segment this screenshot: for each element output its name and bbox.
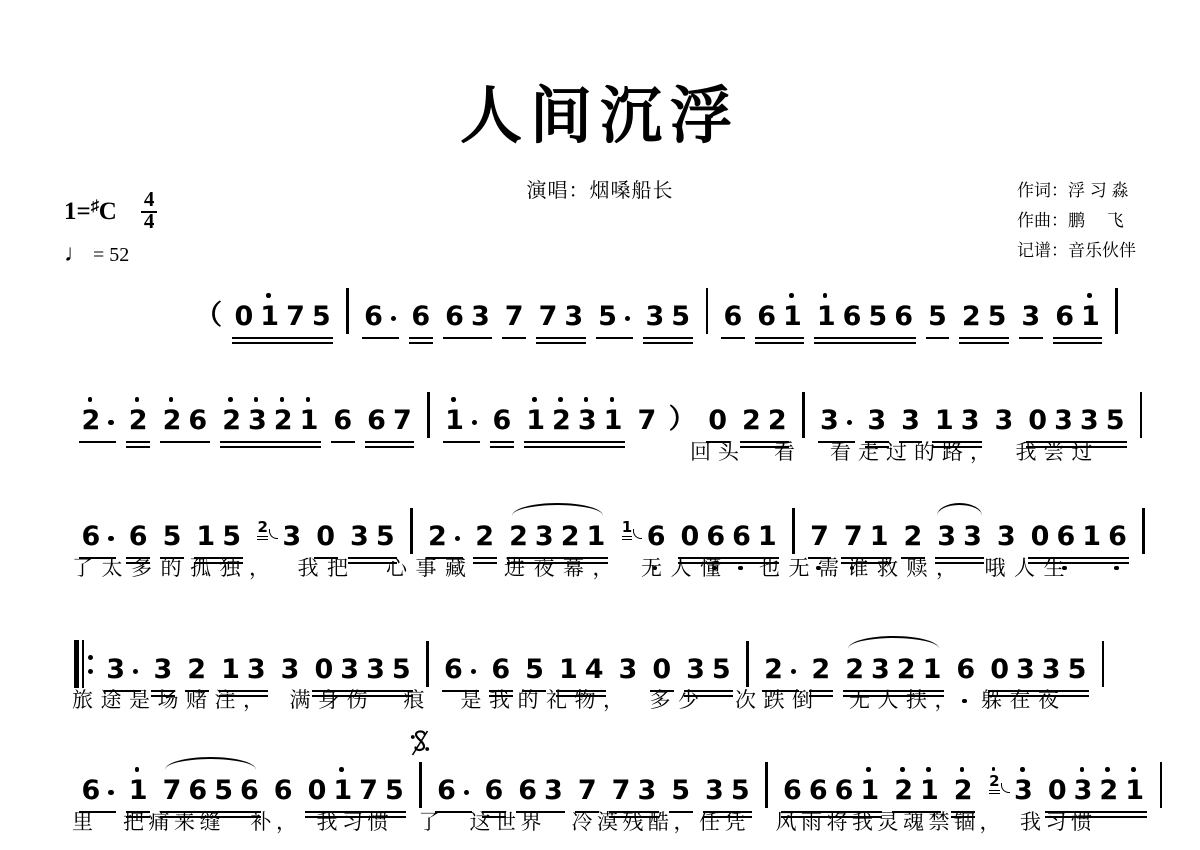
grace-note: 2 (257, 519, 267, 540)
note-group: 6 (488, 653, 514, 687)
note-number: 7 (286, 300, 305, 334)
note-group: 0175 (304, 774, 407, 808)
note-group: 6 (330, 404, 356, 438)
note-number: 7 (393, 404, 412, 438)
beam-underline (348, 557, 398, 559)
tempo-value: = 52 (93, 244, 129, 266)
note: 2 (274, 404, 293, 438)
note-number: 6 (188, 404, 207, 438)
barline (419, 762, 421, 808)
note-group: 6 (953, 653, 979, 687)
beam-underline (489, 690, 513, 692)
beam-underline (1026, 441, 1127, 443)
note-group: 3 (277, 653, 303, 687)
note-number: 3 (637, 774, 656, 808)
beam-underline (684, 690, 734, 692)
beam-underline (409, 342, 433, 344)
note: 3 (686, 653, 705, 687)
note-number: 6 (835, 774, 854, 808)
note: 6 (364, 300, 396, 334)
note: 6 (129, 520, 148, 554)
note: 1 (817, 300, 836, 334)
note-group: 0335 (987, 653, 1090, 687)
octave-dot-above (135, 397, 140, 402)
beam-underline (899, 441, 923, 443)
note-number: 6 (188, 774, 207, 808)
note-group: 0 (649, 653, 675, 687)
augmentation-dot (108, 790, 114, 796)
note: 1 (920, 774, 939, 808)
beam-underline (959, 337, 1009, 339)
note-number: 2 (552, 404, 571, 438)
note: 5 (1106, 404, 1125, 438)
note-number: 0 (314, 653, 333, 687)
note: 7 (810, 520, 829, 554)
note: 3 (867, 404, 886, 438)
beam-underline (609, 811, 659, 813)
note-number: 5 (222, 520, 241, 554)
beam-underline (104, 690, 141, 692)
octave-dot-above (1080, 767, 1085, 772)
note-group: 1 (125, 774, 151, 808)
note: 2 (509, 520, 528, 554)
score-line: （017566637735356611656525361 (62, 288, 1148, 322)
note-number: 3 (961, 404, 980, 438)
note-group: 6 (720, 300, 746, 334)
score: （017566637735356611656525361222623216671… (62, 288, 1148, 834)
beam-underline (536, 342, 586, 344)
note-number: 2 (894, 774, 913, 808)
note: 1 (783, 300, 802, 334)
note-number: 3 (535, 520, 554, 554)
beam-underline (703, 811, 753, 813)
beam-underline (678, 557, 779, 559)
octave-dot-below (712, 566, 717, 571)
beam-underline (524, 446, 625, 448)
note-number: 3 (578, 404, 597, 438)
beam-underline (935, 562, 985, 564)
note: 6 (188, 774, 207, 808)
note: 7 (578, 774, 597, 808)
note: 3 (937, 520, 956, 554)
quarter-note-icon: ♩ (64, 241, 88, 267)
note-number: 5 (1106, 404, 1125, 438)
note: 6 (492, 404, 511, 438)
note: 1 (604, 404, 623, 438)
beam-underline (684, 695, 734, 697)
beam-underline (362, 337, 399, 339)
note-group: 23 (252, 519, 304, 554)
note: 3 (820, 404, 852, 438)
beam-underline (126, 557, 150, 559)
note: 1 (1082, 520, 1101, 554)
note-group: 3 (817, 404, 856, 438)
note-group: 3 (993, 520, 1019, 554)
time-signature-bottom: 4 (141, 209, 158, 233)
lyrics-line: 旅途是场赌注， 满身伤 痕 是我的礼物， 多少 次跌倒 无人扶， 躲在夜 (72, 684, 1148, 712)
note-number: 6 (1056, 520, 1075, 554)
note: 1 (860, 774, 879, 808)
beam-underline (814, 342, 915, 344)
note-group: 5 (595, 300, 634, 334)
note: 6 (647, 520, 666, 554)
note-number: 5 (731, 774, 750, 808)
note-number: 2 (475, 520, 494, 554)
note-group: 33 (934, 520, 986, 554)
segno-icon (409, 728, 431, 763)
equals-sign: = (77, 198, 91, 225)
note: 1 (333, 774, 352, 808)
note-number: 1 (920, 774, 939, 808)
note-number: 6 (411, 300, 430, 334)
beam-underline (490, 446, 514, 448)
note-number: 7 (810, 520, 829, 554)
note-number: 6 (333, 404, 352, 438)
note: 3 (564, 300, 583, 334)
note-group: 6 (441, 653, 480, 687)
note-number: 1 (860, 774, 879, 808)
note-group: 3 (150, 653, 176, 687)
note-group: 3 (898, 404, 924, 438)
note: 6 (411, 300, 430, 334)
note: 6 (783, 774, 802, 808)
note-group: 3 (864, 404, 890, 438)
augmentation-dot (455, 536, 461, 542)
note: 5 (928, 300, 947, 334)
beam-underline (703, 816, 753, 818)
augmentation-dot (108, 536, 114, 542)
note: 0 (308, 774, 327, 808)
note-group: 25 (958, 300, 1010, 334)
note-group: 21 (891, 774, 943, 808)
barline (346, 288, 348, 334)
note-number: 3 (340, 653, 359, 687)
note-number: 5 (928, 300, 947, 334)
note: 3 (366, 653, 385, 687)
grace-note: 2 (989, 773, 999, 794)
note-number: 7 (578, 774, 597, 808)
note: 1 (586, 520, 605, 554)
note-number: 6 (274, 774, 293, 808)
note-group: 2321 (842, 653, 945, 687)
parenthesis: ） (669, 402, 696, 436)
note-group: 1656 (813, 300, 916, 334)
note: 5 (392, 653, 411, 687)
note: 0 (652, 653, 671, 687)
note-number: 1 (300, 404, 319, 438)
note-number: 3 (997, 520, 1016, 554)
beam-underline (650, 690, 674, 692)
note-number: 1 (559, 653, 578, 687)
note: 6 (274, 774, 293, 808)
note-number: 1 (783, 300, 802, 334)
augmentation-dot (847, 420, 853, 426)
note-group: 6 (125, 520, 151, 554)
note: 3 (963, 520, 982, 554)
note: 2 (742, 404, 761, 438)
note-number: 5 (712, 653, 731, 687)
note-number: 1 (622, 519, 632, 540)
beam-underline (502, 337, 526, 339)
note: 3 (1074, 774, 1093, 808)
note-number: 1 (526, 404, 545, 438)
note-number: 6 (491, 653, 510, 687)
beam-underline (814, 337, 915, 339)
note-number: 1 (586, 520, 605, 554)
note: 6 (723, 300, 742, 334)
beam-underline (220, 446, 321, 448)
note: 1 (559, 653, 578, 687)
note-group: 13 (218, 653, 270, 687)
note-number: 3 (867, 404, 886, 438)
octave-dot-above (266, 293, 271, 298)
note-group: 2 (425, 520, 464, 554)
note: 0 (1031, 520, 1050, 554)
note-group: 0335 (311, 653, 414, 687)
note: 1 (923, 653, 942, 687)
note-group: 67 (364, 404, 416, 438)
lyricist-credit: 作词：浮 习 淼 (1017, 176, 1136, 206)
beam-underline (232, 337, 333, 339)
note-number: 3 (820, 404, 839, 438)
note: 1 (260, 300, 279, 334)
note-group: 7 (634, 404, 660, 438)
note: 5 (312, 300, 331, 334)
beam-underline (482, 811, 506, 813)
octave-dot-above (532, 397, 537, 402)
note-number: 3 (645, 300, 664, 334)
octave-dot-below (1114, 566, 1119, 571)
note: 7 (505, 300, 524, 334)
note: 3 (1054, 404, 1073, 438)
octave-dot-above (789, 293, 794, 298)
note-number: 1 (221, 653, 240, 687)
note-number: 3 (350, 520, 369, 554)
note-number: 6 (129, 520, 148, 554)
augmentation-dot (471, 669, 477, 675)
note-number: 3 (248, 404, 267, 438)
note-group: 6 (481, 774, 507, 808)
note: 2 (845, 653, 864, 687)
beam-underline (409, 337, 433, 339)
note: 0 (1028, 404, 1047, 438)
note: 5 (214, 774, 233, 808)
note-number: 5 (385, 774, 404, 808)
note-number: 3 (1042, 653, 1061, 687)
note-number: 3 (901, 404, 920, 438)
grace-note: 1 (622, 519, 632, 540)
note-number: 1 (870, 520, 889, 554)
note-group: 0321 (1044, 774, 1147, 808)
note-number: 6 (783, 774, 802, 808)
beam-underline (740, 441, 790, 443)
note: 6 (437, 774, 469, 808)
beam-underline (185, 690, 209, 692)
note: 2 (764, 653, 796, 687)
note-number: 0 (235, 300, 254, 334)
note-group: 1231 (523, 404, 626, 438)
note: 6 (82, 774, 114, 808)
beam-underline (959, 342, 1009, 344)
note-number: 6 (647, 520, 666, 554)
note: 3 (248, 404, 267, 438)
beam-underline (1053, 342, 1103, 344)
note-number: 6 (82, 520, 101, 554)
note-group: 2 (761, 653, 800, 687)
note-number: 5 (671, 774, 690, 808)
note-number: 1 (1082, 520, 1101, 554)
note-number: 0 (1028, 404, 1047, 438)
slur-arc (512, 503, 603, 518)
note-number: 7 (163, 774, 182, 808)
barline (802, 392, 804, 438)
note: 2 (962, 300, 981, 334)
octave-dot-above (992, 767, 996, 771)
beam-underline (79, 811, 116, 813)
note-number: 6 (492, 404, 511, 438)
beam-underline (755, 342, 805, 344)
beam-underline (755, 337, 805, 339)
octave-dot-above (823, 293, 828, 298)
octave-dot-above (610, 397, 615, 402)
note: 1 (1081, 300, 1100, 334)
note-number: 2 (428, 520, 447, 554)
note-number: 3 (1014, 774, 1033, 808)
note-number: 5 (598, 300, 617, 334)
note: 2 (222, 404, 241, 438)
beam-underline (443, 441, 480, 443)
beam-underline (507, 557, 608, 559)
note-group: 2 (472, 520, 498, 554)
note: 3 (961, 404, 980, 438)
note: 2 (768, 404, 787, 438)
note-number: 5 (214, 774, 233, 808)
slur-arc (165, 757, 256, 772)
augmentation-dot (625, 316, 631, 322)
note-number: 3 (686, 653, 705, 687)
key-tonic: 1 (64, 198, 77, 225)
beam-underline (843, 695, 944, 697)
parenthesis: （ (195, 298, 222, 332)
augmentation-dot (108, 420, 114, 426)
beam-underline (365, 446, 415, 448)
octave-dot-above (254, 397, 259, 402)
note-group: 61 (754, 300, 806, 334)
note-number: 2 (811, 653, 830, 687)
beam-underline (706, 441, 730, 443)
key-signature-block: 1=♯C44 ♩ = 52 (64, 188, 157, 268)
key-signature: 1=♯C44 (64, 188, 157, 232)
beam-underline (126, 811, 150, 813)
note-group: 3 (991, 404, 1017, 438)
note: 3 (282, 520, 301, 554)
note-group: 6 (408, 300, 434, 334)
note: 4 (585, 653, 604, 687)
note: 6 (809, 774, 828, 808)
note-number: 3 (995, 404, 1014, 438)
beam-underline (808, 557, 832, 559)
beam-underline (151, 695, 175, 697)
note-group: 71 (840, 520, 892, 554)
note: 0 (681, 520, 700, 554)
note: 2 (894, 774, 913, 808)
note-number: 1 (604, 404, 623, 438)
note: 3 (544, 774, 563, 808)
note: 6 (706, 520, 725, 554)
note-number: 0 (316, 520, 335, 554)
note: 3 (1014, 774, 1033, 808)
beam-underline (669, 811, 693, 813)
note-number: 5 (988, 300, 1007, 334)
note-group: 73 (608, 774, 660, 808)
note-number: 2 (187, 653, 206, 687)
note-number: 2 (163, 404, 182, 438)
note: 3 (1016, 653, 1035, 687)
octave-dot-above (1020, 767, 1025, 772)
beam-underline (314, 557, 338, 559)
beam-underline (935, 557, 985, 559)
grace-tie (269, 529, 278, 539)
note: 3 (578, 404, 597, 438)
note: 5 (671, 774, 690, 808)
note-group: 0175 (231, 300, 334, 334)
note-group: 61 (1052, 300, 1104, 334)
octave-dot-above (558, 397, 563, 402)
note-group: 1 (442, 404, 481, 438)
note: 5 (163, 520, 182, 554)
beam-underline (841, 562, 891, 564)
note-group: 35 (702, 774, 754, 808)
beam-underline (556, 695, 606, 697)
beam-underline (331, 441, 355, 443)
barline (426, 641, 428, 687)
beam-underline (348, 562, 398, 564)
note-group: 2321 (219, 404, 322, 438)
augmentation-dot (464, 790, 470, 796)
score-line: 6176566017566637735356661212230321里 把痛来缝… (62, 762, 1148, 834)
note: 0 (316, 520, 335, 554)
octave-dot-above (280, 397, 285, 402)
tempo-marking: ♩ = 52 (64, 241, 157, 268)
grace-tie (633, 529, 642, 539)
octave-dot-above (1087, 293, 1092, 298)
note-number: 3 (106, 653, 125, 687)
beam-underline (1028, 557, 1129, 559)
note: 5 (671, 300, 690, 334)
note-number: 2 (222, 404, 241, 438)
note: 6 (757, 300, 776, 334)
note: 2 (903, 520, 922, 554)
score-line: 332133033566514303522232160335旅途是场赌注， 满身… (62, 640, 1148, 712)
octave-dot-above (1131, 767, 1136, 772)
key-letter: C (99, 198, 117, 225)
note: 1 (758, 520, 777, 554)
beam-underline (556, 690, 606, 692)
sheet-music-page: 人间沉浮 演唱：烟嗓船长 作词：浮 习 淼 作曲：鹏 飞 记谱：音乐伙伴 1=♯… (0, 0, 1200, 850)
note-group: 13 (931, 404, 983, 438)
note-group: 5 (159, 520, 185, 554)
beam-underline (932, 446, 982, 448)
repeat-bar-thick (74, 640, 79, 688)
beam-underline (536, 337, 586, 339)
note-number: 2 (962, 300, 981, 334)
note-number: 6 (706, 520, 725, 554)
note-number: 3 (619, 653, 638, 687)
note-group: 22 (739, 404, 791, 438)
note-group: 0661 (677, 520, 780, 554)
note: 6 (894, 300, 913, 334)
note-number: 0 (652, 653, 671, 687)
